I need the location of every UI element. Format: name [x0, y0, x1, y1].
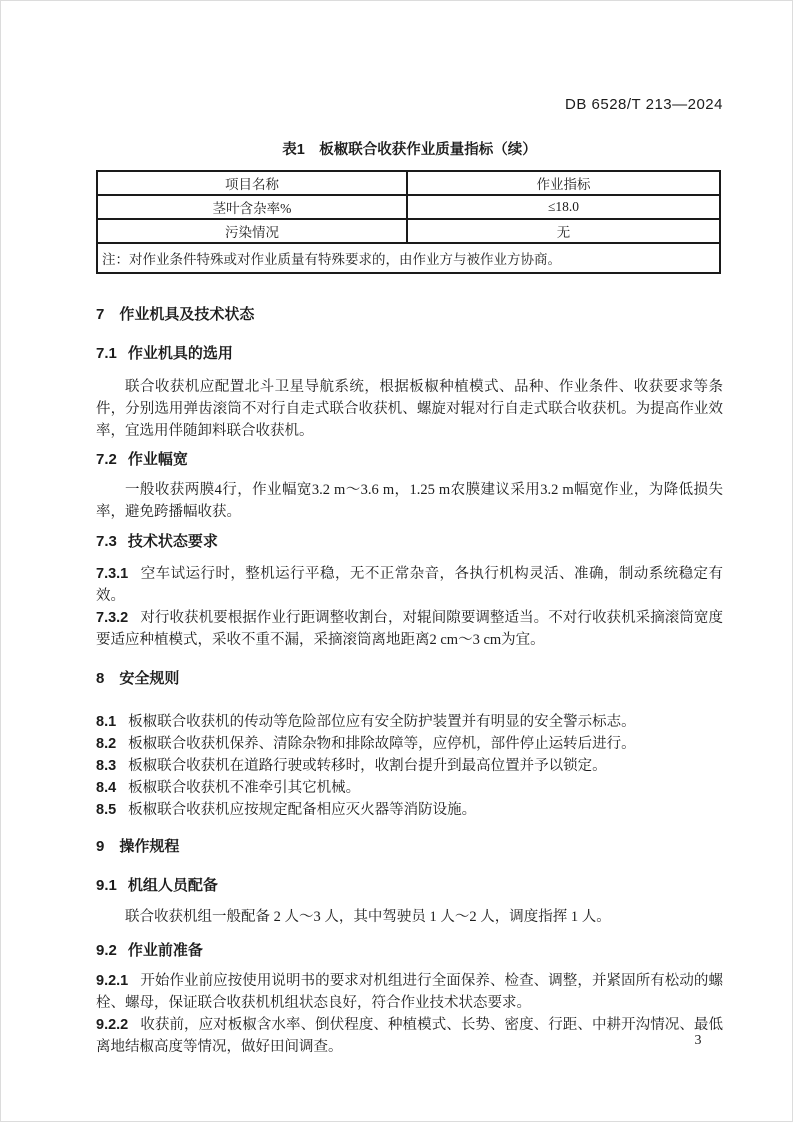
clause-number: 8.4 — [96, 780, 116, 796]
clause-number: 8.3 — [96, 758, 116, 774]
section-number: 9.1 — [96, 877, 117, 894]
table-header-indicator: 作业指标 — [407, 171, 720, 195]
table-cell-value: ≤18.0 — [407, 195, 720, 219]
clause-number: 8.1 — [96, 714, 116, 730]
clause-text: 板椒联合收获机在道路行驶或转移时，收割台提升到最高位置并予以锁定。 — [128, 758, 607, 774]
table-row: 茎叶含杂率% ≤18.0 — [97, 195, 720, 219]
section-number: 7.2 — [96, 451, 117, 468]
section-title: 作业前准备 — [128, 942, 203, 959]
document-page: DB 6528/T 213—2024 表1 板椒联合收获作业质量指标（续） 项目… — [0, 0, 793, 1122]
chapter-number: 9 — [96, 838, 104, 855]
chapter-number: 8 — [96, 670, 104, 687]
chapter-title: 操作规程 — [119, 838, 179, 855]
section-title: 作业机具的选用 — [128, 345, 233, 362]
clause-8-2: 8.2板椒联合收获机保养、清除杂物和排除故障等，应停机，部件停止运转后进行。 — [96, 733, 723, 755]
clause-7-3-2: 7.3.2对行收获机要根据作业行距调整收割台，对辊间隙要调整适当。不对行收获机采… — [96, 607, 723, 651]
paragraph-7-2: 一般收获两膜4行，作业幅宽3.2 m～3.6 m，1.25 m农膜建议采用3.2… — [96, 479, 723, 523]
table-caption: 表1 板椒联合收获作业质量指标（续） — [96, 139, 723, 161]
clause-9-2-1: 9.2.1开始作业前应按使用说明书的要求对机组进行全面保养、检查、调整，并紧固所… — [96, 970, 723, 1014]
clause-text: 板椒联合收获机的传动等危险部位应有安全防护装置并有明显的安全警示标志。 — [128, 714, 636, 730]
chapter-7-heading: 7作业机具及技术状态 — [96, 304, 723, 326]
chapter-title: 作业机具及技术状态 — [119, 306, 254, 323]
section-number: 7.1 — [96, 345, 117, 362]
section-7-1-heading: 7.1作业机具的选用 — [96, 343, 723, 365]
clause-number: 9.2.1 — [96, 973, 128, 989]
table-note-row: 注：对作业条件特殊或对作业质量有特殊要求的，由作业方与被作业方协商。 — [97, 243, 720, 273]
section-number: 7.3 — [96, 533, 117, 550]
clause-number: 7.3.2 — [96, 610, 128, 626]
section-9-2-heading: 9.2作业前准备 — [96, 940, 723, 962]
clause-text: 空车试运行时，整机运行平稳，无不正常杂音，各执行机构灵活、准确，制动系统稳定有效… — [96, 566, 723, 604]
clause-7-3-1: 7.3.1空车试运行时，整机运行平稳，无不正常杂音，各执行机构灵活、准确，制动系… — [96, 563, 723, 607]
page-content: DB 6528/T 213—2024 表1 板椒联合收获作业质量指标（续） 项目… — [96, 1, 723, 1058]
clause-8-1: 8.1板椒联合收获机的传动等危险部位应有安全防护装置并有明显的安全警示标志。 — [96, 711, 723, 733]
table-note: 注：对作业条件特殊或对作业质量有特殊要求的，由作业方与被作业方协商。 — [97, 243, 720, 273]
quality-indicator-table: 项目名称 作业指标 茎叶含杂率% ≤18.0 污染情况 无 注：对作业条件特殊或… — [96, 170, 721, 274]
section-7-3-heading: 7.3技术状态要求 — [96, 531, 723, 553]
section-title: 作业幅宽 — [128, 451, 188, 468]
clause-number: 7.3.1 — [96, 566, 128, 582]
table-header-item-name: 项目名称 — [97, 171, 407, 195]
section-9-1-heading: 9.1机组人员配备 — [96, 875, 723, 897]
clause-number: 9.2.2 — [96, 1017, 128, 1033]
clause-text: 对行收获机要根据作业行距调整收割台，对辊间隙要调整适当。不对行收获机采摘滚筒宽度… — [96, 610, 723, 648]
clause-text: 板椒联合收获机应按规定配备相应灭火器等消防设施。 — [128, 802, 476, 818]
chapter-8-heading: 8安全规则 — [96, 668, 723, 690]
clause-text: 开始作业前应按使用说明书的要求对机组进行全面保养、检查、调整，并紧固所有松动的螺… — [96, 973, 723, 1011]
clause-text: 板椒联合收获机保养、清除杂物和排除故障等，应停机，部件停止运转后进行。 — [128, 736, 636, 752]
clause-text: 板椒联合收获机不准牵引其它机械。 — [128, 780, 360, 796]
chapter-number: 7 — [96, 306, 104, 323]
table-cell-item: 污染情况 — [97, 219, 407, 243]
clause-number: 8.5 — [96, 802, 116, 818]
chapter-9-heading: 9操作规程 — [96, 836, 723, 858]
section-number: 9.2 — [96, 942, 117, 959]
chapter-title: 安全规则 — [119, 670, 179, 687]
clause-8-3: 8.3板椒联合收获机在道路行驶或转移时，收割台提升到最高位置并予以锁定。 — [96, 755, 723, 777]
clause-text: 收获前，应对板椒含水率、倒伏程度、种植模式、长势、密度、行距、中耕开沟情况、最低… — [96, 1017, 723, 1055]
clause-9-2-2: 9.2.2收获前，应对板椒含水率、倒伏程度、种植模式、长势、密度、行距、中耕开沟… — [96, 1014, 723, 1058]
clause-8-5: 8.5板椒联合收获机应按规定配备相应灭火器等消防设施。 — [96, 799, 723, 821]
table-header-row: 项目名称 作业指标 — [97, 171, 720, 195]
table-row: 污染情况 无 — [97, 219, 720, 243]
paragraph-9-1: 联合收获机组一般配备 2 人～3 人，其中驾驶员 1 人～2 人，调度指挥 1 … — [96, 906, 723, 928]
clause-number: 8.2 — [96, 736, 116, 752]
section-title: 技术状态要求 — [128, 533, 218, 550]
standard-doc-code: DB 6528/T 213—2024 — [96, 94, 723, 116]
table-cell-value: 无 — [407, 219, 720, 243]
table-cell-item: 茎叶含杂率% — [97, 195, 407, 219]
section-title: 机组人员配备 — [128, 877, 218, 894]
paragraph-7-1: 联合收获机应配置北斗卫星导航系统，根据板椒种植模式、品种、作业条件、收获要求等条… — [96, 376, 723, 442]
clause-8-4: 8.4板椒联合收获机不准牵引其它机械。 — [96, 777, 723, 799]
page-number: 3 — [686, 1032, 710, 1050]
section-7-2-heading: 7.2作业幅宽 — [96, 449, 723, 471]
